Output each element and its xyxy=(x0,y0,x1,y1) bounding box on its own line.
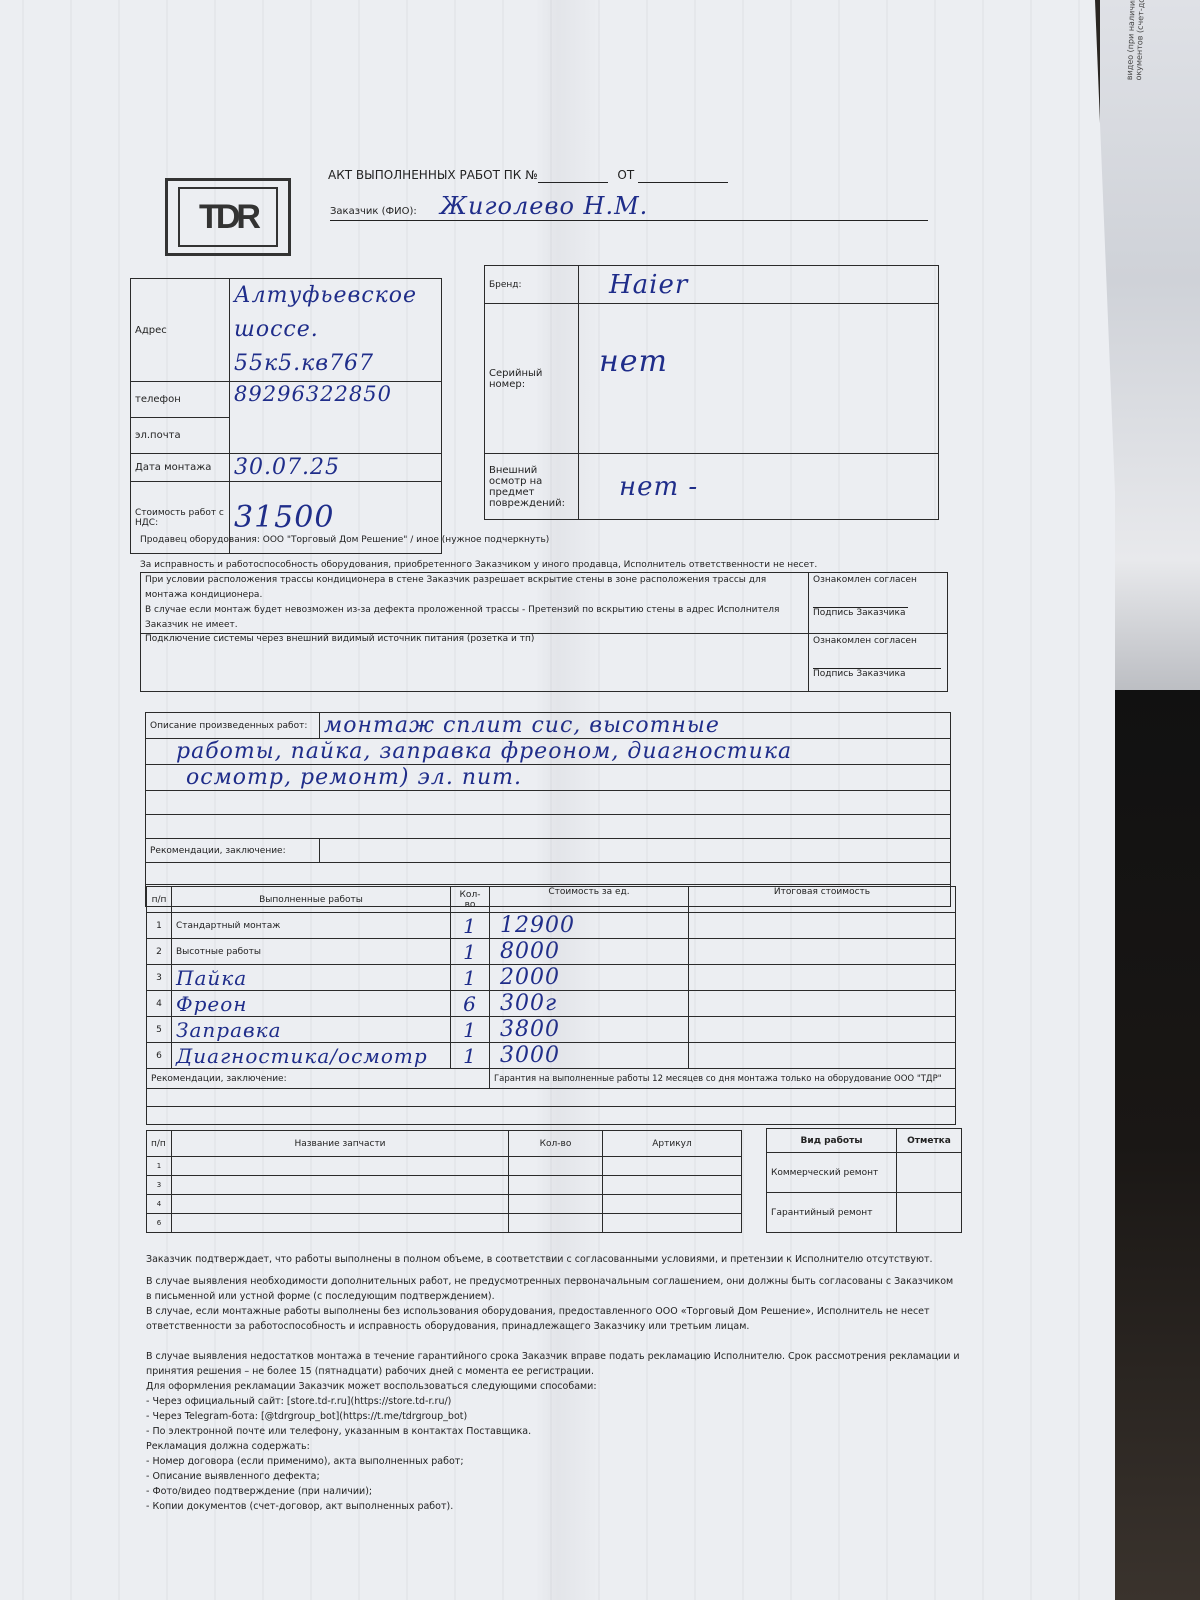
warranty-repair-checkbox[interactable] xyxy=(897,1193,962,1233)
works-description-line[interactable]: работы, пайка, заправка фреоном, диагнос… xyxy=(146,739,951,765)
part-qty[interactable] xyxy=(509,1195,603,1214)
claim-method-email: - По электронной почте или телефону, ука… xyxy=(146,1424,961,1439)
consent-agree-label: Ознакомлен согласен xyxy=(813,636,943,646)
work-unit-price[interactable]: 3800 xyxy=(490,1017,689,1043)
term-confirmation: Заказчик подтверждает, что работы выполн… xyxy=(146,1252,961,1267)
row-number: 2 xyxy=(147,939,172,965)
brand-value[interactable]: Haier xyxy=(579,266,939,304)
claim-method-telegram: - Через Telegram-бота: [@tdrgroup_bot](h… xyxy=(146,1409,961,1424)
work-qty[interactable]: 1 xyxy=(451,1043,490,1069)
parts-row: 6 xyxy=(147,1214,742,1233)
work-total[interactable] xyxy=(689,913,956,939)
works-recommendations-label: Рекомендации, заключение: xyxy=(147,1069,490,1089)
part-qty[interactable] xyxy=(509,1176,603,1195)
address-label: Адрес xyxy=(131,279,230,382)
work-name[interactable]: Пайка xyxy=(172,965,451,991)
terms-section: Заказчик подтверждает, что работы выполн… xyxy=(146,1252,961,1514)
act-number-field[interactable] xyxy=(538,168,608,183)
parts-row-number: 6 xyxy=(147,1214,172,1233)
serial-value[interactable]: нет xyxy=(579,304,939,454)
part-article[interactable] xyxy=(603,1157,742,1176)
works-row: 1Стандартный монтаж112900 xyxy=(147,913,956,939)
document-title: АКТ ВЫПОЛНЕННЫХ РАБОТ ПК № ОТ xyxy=(328,168,728,183)
logo-mark: TDR xyxy=(178,187,278,247)
customer-label: Заказчик (ФИО): xyxy=(330,206,417,217)
part-name[interactable] xyxy=(172,1214,509,1233)
repair-col-type: Вид работы xyxy=(767,1129,897,1153)
wall-opening-consent: При условии расположения трассы кондицио… xyxy=(141,573,809,634)
claim-content-item: - Фото/видео подтверждение (при наличии)… xyxy=(146,1484,961,1499)
term-third-party-equipment: В случае, если монтажные работы выполнен… xyxy=(146,1304,961,1334)
customer-value: Жиголево Н.М. xyxy=(440,192,648,220)
works-description-label: Описание произведенных работ: xyxy=(146,713,320,739)
parts-row-number: 1 xyxy=(147,1157,172,1176)
row-number: 6 xyxy=(147,1043,172,1069)
serial-label: Серийный номер: xyxy=(485,304,579,454)
works-row: 6Диагностика/осмотр13000 xyxy=(147,1043,956,1069)
customer-field[interactable]: Заказчик (ФИО): Жиголево Н.М. xyxy=(330,194,928,221)
install-date-value[interactable]: 30.07.25 xyxy=(230,454,442,482)
work-total[interactable] xyxy=(689,1043,956,1069)
background-dark xyxy=(1100,690,1200,1600)
phone-label: телефон xyxy=(131,382,230,418)
work-name[interactable]: Фреон xyxy=(172,991,451,1017)
repair-col-mark: Отметка xyxy=(897,1129,962,1153)
works-description-line[interactable] xyxy=(146,815,951,839)
work-name[interactable]: Заправка xyxy=(172,1017,451,1043)
col-header-qty: Кол-во xyxy=(451,887,490,913)
repair-type-table: Вид работы Отметка Коммерческий ремонт Г… xyxy=(766,1128,962,1233)
install-date-label: Дата монтажа xyxy=(131,454,230,482)
work-name[interactable]: Стандартный монтаж xyxy=(172,913,451,939)
parts-row: 4 xyxy=(147,1195,742,1214)
phone-value[interactable]: 89296322850 xyxy=(230,382,442,454)
part-article[interactable] xyxy=(603,1176,742,1195)
recommendations-label: Рекомендации, заключение: xyxy=(146,839,320,863)
responsibility-note: За исправность и работоспособность обору… xyxy=(140,560,817,570)
claim-content-item: - Описание выявленного дефекта; xyxy=(146,1469,961,1484)
work-total[interactable] xyxy=(689,1017,956,1043)
background-sheet xyxy=(1100,0,1200,700)
work-qty[interactable]: 6 xyxy=(451,991,490,1017)
part-name[interactable] xyxy=(172,1195,509,1214)
parts-row-number: 3 xyxy=(147,1176,172,1195)
works-table: п/п Выполненные работы Кол-во Стоимость … xyxy=(146,886,956,1125)
col-header-work: Выполненные работы xyxy=(172,887,451,913)
claim-content-item: - Номер договора (если применимо), акта … xyxy=(146,1454,961,1469)
claims-contents-title: Рекламация должна содержать: xyxy=(146,1439,961,1454)
row-number: 4 xyxy=(147,991,172,1017)
consent-table: При условии расположения трассы кондицио… xyxy=(140,572,948,692)
equipment-info-table: Бренд: Haier Серийный номер: нет Внешний… xyxy=(484,265,939,520)
work-qty[interactable]: 1 xyxy=(451,913,490,939)
warranty-note: Гарантия на выполненные работы 12 месяце… xyxy=(490,1069,956,1089)
parts-table: п/п Название запчасти Кол-во Артикул 134… xyxy=(146,1130,742,1233)
inspection-label: Внешний осмотр на предмет повреждений: xyxy=(485,454,579,520)
act-date-field[interactable] xyxy=(638,168,728,183)
works-row: 3Пайка12000 xyxy=(147,965,956,991)
row-number: 3 xyxy=(147,965,172,991)
address-line1: Алтуфьевское шоссе. xyxy=(234,279,437,347)
commercial-repair-label: Коммерческий ремонт xyxy=(767,1153,897,1193)
col-header-number: п/п xyxy=(147,887,172,913)
works-row: 2Высотные работы18000 xyxy=(147,939,956,965)
term-additional-works: В случае выявления необходимости дополни… xyxy=(146,1274,961,1304)
work-qty[interactable]: 1 xyxy=(451,1017,490,1043)
col-header-total: Итоговая стоимость xyxy=(689,887,956,913)
recommendations-line[interactable] xyxy=(146,863,951,885)
parts-col-article: Артикул xyxy=(603,1131,742,1157)
row-number: 5 xyxy=(147,1017,172,1043)
parts-row: 3 xyxy=(147,1176,742,1195)
works-description-line[interactable]: осмотр, ремонт) эл. пит. xyxy=(146,765,951,791)
tdr-logo: TDR xyxy=(165,178,291,256)
title-text: АКТ ВЫПОЛНЕННЫХ РАБОТ ПК № xyxy=(328,168,538,182)
work-unit-price[interactable]: 2000 xyxy=(490,965,689,991)
work-total[interactable] xyxy=(689,939,956,965)
claims-intro: В случае выявления недостатков монтажа в… xyxy=(146,1349,961,1379)
client-info-table: Адрес Алтуфьевское шоссе. 55к5.кв767 тел… xyxy=(130,278,442,554)
parts-col-qty: Кол-во xyxy=(509,1131,603,1157)
work-unit-price[interactable]: 300г xyxy=(490,991,689,1017)
works-recommendations-line[interactable] xyxy=(147,1089,956,1107)
works-row: 4Фреон6300г xyxy=(147,991,956,1017)
claim-content-item: - Копии документов (счет-договор, акт вы… xyxy=(146,1499,961,1514)
part-name[interactable] xyxy=(172,1157,509,1176)
parts-row-number: 4 xyxy=(147,1195,172,1214)
work-qty[interactable]: 1 xyxy=(451,939,490,965)
works-recommendations-line[interactable] xyxy=(147,1107,956,1125)
address-value[interactable]: Алтуфьевское шоссе. 55к5.кв767 xyxy=(230,279,442,382)
consent-sign-box[interactable]: Ознакомлен согласен Подпись Заказчика xyxy=(809,634,948,692)
inspection-value[interactable]: нет - xyxy=(579,454,939,520)
works-description-table: Описание произведенных работ: монтаж спл… xyxy=(145,712,951,907)
part-qty[interactable] xyxy=(509,1214,603,1233)
parts-col-name: Название запчасти xyxy=(172,1131,509,1157)
col-header-unit-price: Стоимость за ед. xyxy=(490,887,689,913)
work-name[interactable]: Диагностика/осмотр xyxy=(172,1043,451,1069)
commercial-repair-checkbox[interactable] xyxy=(897,1153,962,1193)
consent-sign-label: Подпись Заказчика xyxy=(813,608,943,618)
works-description-line[interactable] xyxy=(146,791,951,815)
works-description-line[interactable]: монтаж сплит сис, высотные xyxy=(320,713,951,739)
part-article[interactable] xyxy=(603,1214,742,1233)
document-page: TDR АКТ ВЫПОЛНЕННЫХ РАБОТ ПК № ОТ Заказч… xyxy=(0,0,1115,1600)
work-total[interactable] xyxy=(689,965,956,991)
consent-sign-box[interactable]: Ознакомлен согласен Подпись Заказчика xyxy=(809,573,948,634)
works-row: 5Заправка13800 xyxy=(147,1017,956,1043)
consent-agree-label: Ознакомлен согласен xyxy=(813,575,943,585)
row-number: 1 xyxy=(147,913,172,939)
parts-row: 1 xyxy=(147,1157,742,1176)
work-unit-price[interactable]: 8000 xyxy=(490,939,689,965)
work-unit-price[interactable]: 12900 xyxy=(490,913,689,939)
part-qty[interactable] xyxy=(509,1157,603,1176)
recommendations-field[interactable] xyxy=(320,839,951,863)
part-name[interactable] xyxy=(172,1176,509,1195)
work-qty[interactable]: 1 xyxy=(451,965,490,991)
brand-label: Бренд: xyxy=(485,266,579,304)
email-label: эл.почта xyxy=(131,418,230,454)
power-connection-consent: Подключение системы через внешний видимы… xyxy=(141,634,809,692)
seller-note: Продавец оборудования: ООО "Торговый Дом… xyxy=(140,535,549,545)
address-line2: 55к5.кв767 xyxy=(234,347,437,381)
claim-method-site: - Через официальный сайт: [store.td-r.ru… xyxy=(146,1394,961,1409)
part-article[interactable] xyxy=(603,1195,742,1214)
consent-sign-label: Подпись Заказчика xyxy=(813,669,943,679)
work-name[interactable]: Высотные работы xyxy=(172,939,451,965)
claims-methods-title: Для оформления рекламации Заказчик может… xyxy=(146,1379,961,1394)
parts-col-number: п/п xyxy=(147,1131,172,1157)
warranty-repair-label: Гарантийный ремонт xyxy=(767,1193,897,1233)
title-from: ОТ xyxy=(617,168,634,182)
work-unit-price[interactable]: 3000 xyxy=(490,1043,689,1069)
work-total[interactable] xyxy=(689,991,956,1017)
